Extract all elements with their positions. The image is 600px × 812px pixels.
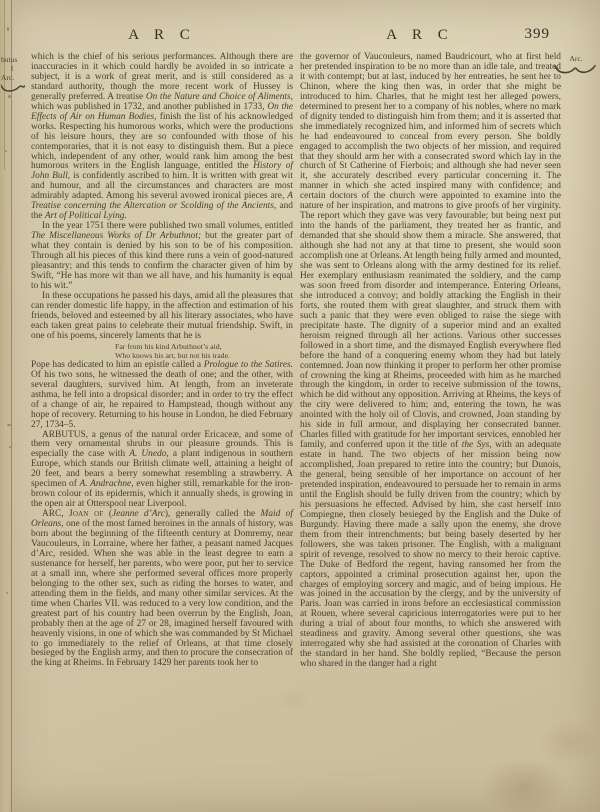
verse-line: Far from his kind Arbuthnot’s aid, (31, 342, 293, 352)
right-column: the governor of Vaucouleurs, named Baudr… (300, 53, 561, 670)
paragraph: which is the chief of his serious perfor… (31, 53, 293, 222)
article-separator-mark: ‖ (1, 64, 23, 73)
paper-speck (5, 150, 7, 152)
paragraph: In the year 1751 there were published tw… (31, 222, 293, 292)
swash-flourish-icon (1, 83, 25, 93)
book-page: A R C A R C 399 butus ‖ Arc. Arc. which … (0, 0, 600, 812)
page-number: 399 (525, 26, 551, 43)
paper-speck (6, 592, 8, 594)
paper-speck (7, 27, 9, 31)
running-head-left: A R C (31, 27, 293, 44)
margin-note-right: Arc. (555, 54, 597, 75)
margin-note-right-label: Arc. (569, 54, 582, 63)
paragraph: ARC, Joan of (Jeanne d’Arc), generally c… (31, 510, 293, 669)
paragraph: ARBUTUS, a genus of the natural order Er… (31, 431, 293, 511)
running-head-right: A R C (300, 27, 540, 44)
paragraph: Pope has dedicated to him an epistle cal… (31, 361, 293, 431)
margin-note-left: butus ‖ Arc. (1, 55, 31, 93)
page-edge-line (11, 0, 12, 812)
paper-speck (8, 95, 11, 98)
margin-note-left-word: butus (1, 55, 17, 64)
paragraph: the governor of Vaucouleurs, named Baudr… (300, 53, 561, 670)
paper-speck (9, 446, 11, 448)
left-column: which is the chief of his serious perfor… (31, 53, 293, 669)
binding-edge (0, 0, 15, 812)
margin-note-left-label: Arc. (1, 73, 14, 82)
paragraph: In these occupations he passed his days,… (31, 292, 293, 342)
paper-speck (7, 424, 11, 426)
